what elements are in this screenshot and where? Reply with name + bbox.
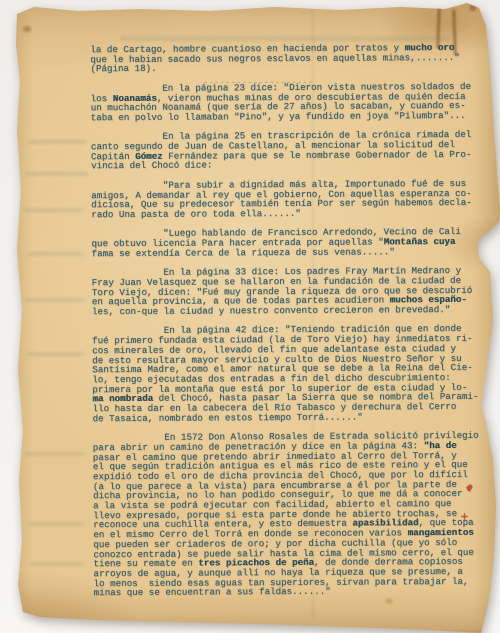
- paper-shadow-wrapper: -------------------- la de Cartago, homb…: [0, 0, 500, 633]
- bleedthrough-mark: [27, 352, 85, 356]
- typewritten-text: la de Cartago, hombre cuantioso en hacie…: [90, 43, 491, 598]
- bleedthrough-mark: [120, 36, 450, 41]
- bleedthrough-mark: [28, 522, 84, 526]
- bleedthrough-mark: [28, 140, 86, 144]
- bleedthrough-mark: [25, 452, 85, 456]
- bleedthrough-mark: [28, 252, 84, 256]
- scanned-document-photo: -------------------- la de Cartago, homb…: [0, 0, 500, 633]
- ink-stain-smudge: [470, 2, 476, 11]
- bleedthrough-mark: [26, 172, 88, 176]
- bleedthrough-mark: [30, 562, 84, 566]
- aged-paper-sheet: -------------------- la de Cartago, homb…: [0, 0, 500, 633]
- bleedthrough-mark: [25, 298, 85, 302]
- bleedthrough-mark: [24, 208, 84, 212]
